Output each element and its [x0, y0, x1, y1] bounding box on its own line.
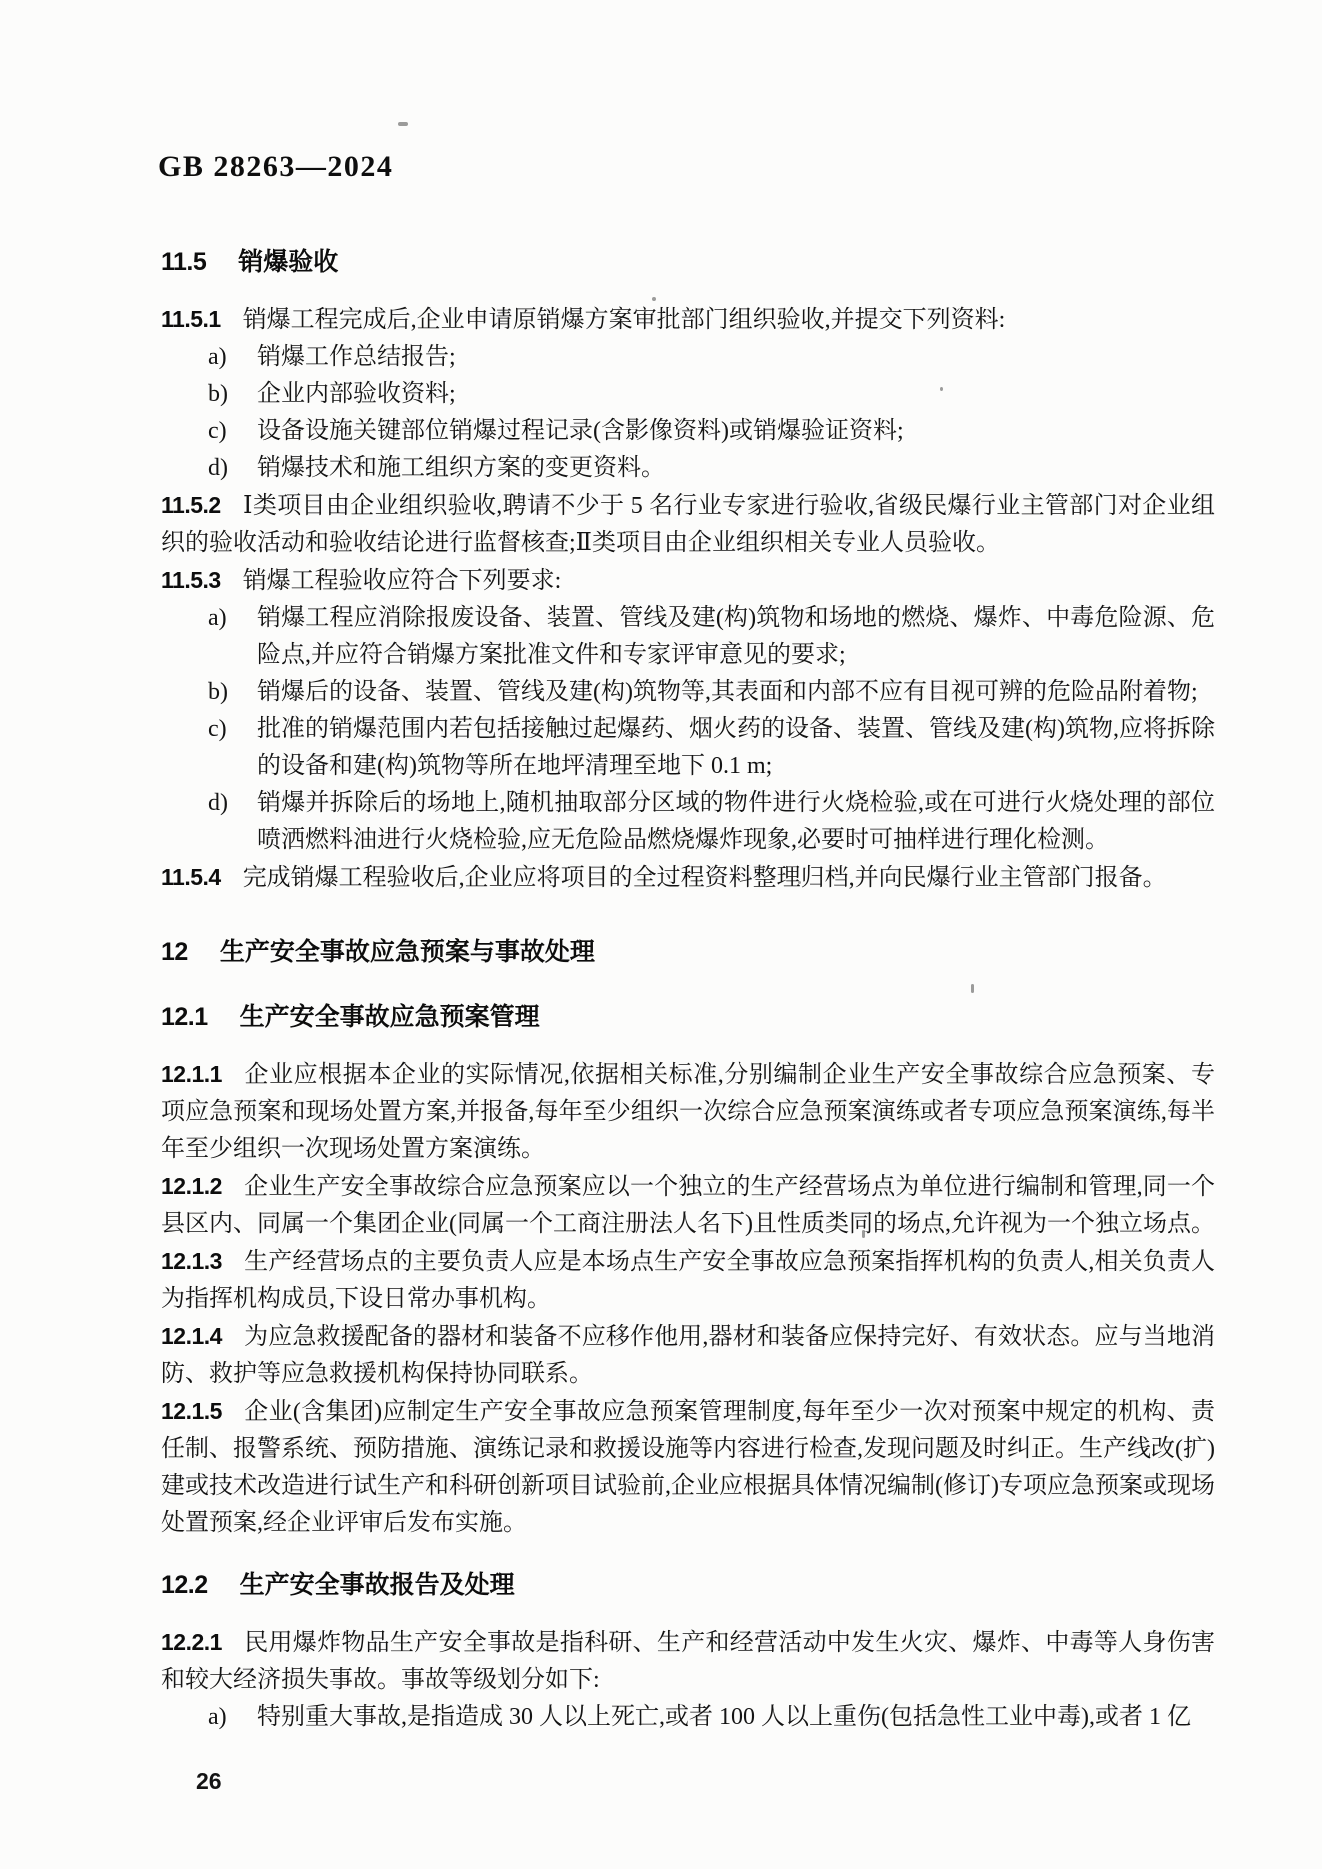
scan-artifact	[798, 881, 801, 884]
scan-artifact	[398, 122, 408, 126]
list-item-b: b)企业内部验收资料;	[161, 376, 1215, 413]
list-item-c: c)设备设施关键部位销爆过程记录(含影像资料)或销爆验证资料;	[161, 413, 1215, 450]
list-item-label: a)	[208, 600, 227, 637]
clause-12.1.5: 12.1.5企业(含集团)应制定生产安全事故应急预案管理制度,每年至少一次对预案…	[161, 1393, 1215, 1542]
clause-text: 企业(含集团)应制定生产安全事故应急预案管理制度,每年至少一次对预案中规定的机构…	[161, 1399, 1215, 1536]
clause-11.5.1: 11.5.1销爆工程完成后,企业申请原销爆方案审批部门组织验收,并提交下列资料:	[161, 301, 1215, 339]
clause-12.1.2: 12.1.2企业生产安全事故综合应急预案应以一个独立的生产经营场点为单位进行编制…	[161, 1168, 1215, 1243]
scan-artifact	[858, 1326, 861, 1333]
clause-text: 销爆工程完成后,企业申请原销爆方案审批部门组织验收,并提交下列资料:	[243, 307, 1006, 333]
clause-text: 完成销爆工程验收后,企业应将项目的全过程资料整理归档,并向民爆行业主管部门报备。	[243, 865, 1167, 891]
heading-title: 生产安全事故应急预案管理	[240, 1003, 540, 1031]
document-body: 11.5销爆验收11.5.1销爆工程完成后,企业申请原销爆方案审批部门组织验收,…	[161, 244, 1215, 1736]
scan-artifact	[1120, 1068, 1123, 1071]
list-item-text: 销爆并拆除后的场地上,随机抽取部分区域的物件进行火烧检验,或在可进行火烧处理的部…	[257, 790, 1215, 853]
scan-artifact	[862, 1230, 865, 1238]
heading-number: 12	[161, 938, 188, 966]
clause-12.1.4: 12.1.4为应急救援配备的器材和装备不应移作他用,器材和装备应保持完好、有效状…	[161, 1318, 1215, 1393]
list-item-label: c)	[208, 413, 227, 450]
list-item-text: 销爆后的设备、装置、管线及建(构)筑物等,其表面和内部不应有目视可辨的危险品附着…	[257, 679, 1198, 705]
clause-text: Ⅰ类项目由企业组织验收,聘请不少于 5 名行业专家进行验收,省级民爆行业主管部门…	[161, 493, 1215, 556]
scan-artifact	[772, 877, 775, 880]
heading-title: 生产安全事故应急预案与事故处理	[220, 938, 595, 966]
clause-number: 12.2.1	[161, 1629, 222, 1655]
clause-text: 为应急救援配备的器材和装备不应移作他用,器材和装备应保持完好、有效状态。应与当地…	[161, 1324, 1215, 1387]
clause-11.5.4: 11.5.4完成销爆工程验收后,企业应将项目的全过程资料整理归档,并向民爆行业主…	[161, 859, 1215, 897]
clause-number: 11.5.4	[161, 864, 221, 890]
heading-number: 12.2	[161, 1571, 208, 1599]
section-heading-11.5: 11.5销爆验收	[161, 244, 1215, 281]
clause-number: 12.1.1	[161, 1061, 222, 1087]
page-number: 26	[196, 1768, 222, 1795]
clause-text: 企业生产安全事故综合应急预案应以一个独立的生产经营场点为单位进行编制和管理,同一…	[161, 1174, 1215, 1237]
list-item-c: c)批准的销爆范围内若包括接触过起爆药、烟火药的设备、装置、管线及建(构)筑物,…	[161, 711, 1215, 785]
clause-12.1.1: 12.1.1企业应根据本企业的实际情况,依据相关标准,分别编制企业生产安全事故综…	[161, 1056, 1215, 1168]
list-item-a: a)特别重大事故,是指造成 30 人以上死亡,或者 100 人以上重伤(包括急性…	[161, 1699, 1215, 1736]
clause-text: 民用爆炸物品生产安全事故是指科研、生产和经营活动中发生火灾、爆炸、中毒等人身伤害…	[161, 1630, 1215, 1693]
list-item-text: 销爆工作总结报告;	[257, 344, 456, 370]
clause-number: 11.5.2	[161, 492, 221, 518]
list-item-a: a)销爆工程应消除报废设备、装置、管线及建(构)筑物和场地的燃烧、爆炸、中毒危险…	[161, 600, 1215, 674]
list-item-d: d)销爆技术和施工组织方案的变更资料。	[161, 450, 1215, 487]
list-item-label: b)	[208, 376, 228, 413]
section-heading-12: 12生产安全事故应急预案与事故处理	[161, 934, 1215, 971]
clause-number: 12.1.4	[161, 1323, 222, 1349]
clause-number: 11.5.3	[161, 567, 221, 593]
heading-title: 销爆验收	[238, 248, 338, 276]
list-item-d: d)销爆并拆除后的场地上,随机抽取部分区域的物件进行火烧检验,或在可进行火烧处理…	[161, 785, 1215, 859]
section-heading-12.1: 12.1生产安全事故应急预案管理	[161, 999, 1215, 1036]
list-item-a: a)销爆工作总结报告;	[161, 339, 1215, 376]
clause-number: 12.1.5	[161, 1398, 222, 1424]
clause-12.1.3: 12.1.3生产经营场点的主要负责人应是本场点生产安全事故应急预案指挥机构的负责…	[161, 1243, 1215, 1318]
standard-number-header: GB 28263—2024	[158, 150, 393, 184]
section-heading-12.2: 12.2生产安全事故报告及处理	[161, 1567, 1215, 1604]
scan-artifact	[940, 387, 943, 391]
clause-11.5.2: 11.5.2Ⅰ类项目由企业组织验收,聘请不少于 5 名行业专家进行验收,省级民爆…	[161, 487, 1215, 562]
heading-number: 12.1	[161, 1003, 208, 1031]
list-item-text: 企业内部验收资料;	[257, 381, 456, 407]
heading-number: 11.5	[161, 248, 206, 276]
list-item-label: a)	[208, 1699, 227, 1736]
clause-11.5.3: 11.5.3销爆工程验收应符合下列要求:	[161, 562, 1215, 600]
list-item-text: 特别重大事故,是指造成 30 人以上死亡,或者 100 人以上重伤(包括急性工业…	[257, 1704, 1191, 1730]
scan-artifact	[971, 984, 974, 993]
list-item-label: d)	[208, 450, 228, 487]
clause-text: 企业应根据本企业的实际情况,依据相关标准,分别编制企业生产安全事故综合应急预案、…	[161, 1062, 1215, 1162]
list-item-text: 批准的销爆范围内若包括接触过起爆药、烟火药的设备、装置、管线及建(构)筑物,应将…	[257, 716, 1215, 779]
clause-text: 销爆工程验收应符合下列要求:	[243, 568, 562, 594]
list-item-label: c)	[208, 711, 227, 748]
list-item-label: d)	[208, 785, 228, 822]
list-item-label: a)	[208, 339, 227, 376]
clause-number: 12.1.2	[161, 1173, 222, 1199]
clause-text: 生产经营场点的主要负责人应是本场点生产安全事故应急预案指挥机构的负责人,相关负责…	[161, 1249, 1215, 1312]
scan-artifact	[652, 297, 656, 301]
list-item-label: b)	[208, 674, 228, 711]
list-item-b: b)销爆后的设备、装置、管线及建(构)筑物等,其表面和内部不应有目视可辨的危险品…	[161, 674, 1215, 711]
list-item-text: 销爆技术和施工组织方案的变更资料。	[257, 455, 665, 481]
list-item-text: 销爆工程应消除报废设备、装置、管线及建(构)筑物和场地的燃烧、爆炸、中毒危险源、…	[257, 605, 1215, 668]
list-item-text: 设备设施关键部位销爆过程记录(含影像资料)或销爆验证资料;	[257, 418, 904, 444]
heading-title: 生产安全事故报告及处理	[240, 1571, 515, 1599]
clause-number: 12.1.3	[161, 1248, 222, 1274]
clause-12.2.1: 12.2.1民用爆炸物品生产安全事故是指科研、生产和经营活动中发生火灾、爆炸、中…	[161, 1624, 1215, 1699]
clause-number: 11.5.1	[161, 306, 221, 332]
